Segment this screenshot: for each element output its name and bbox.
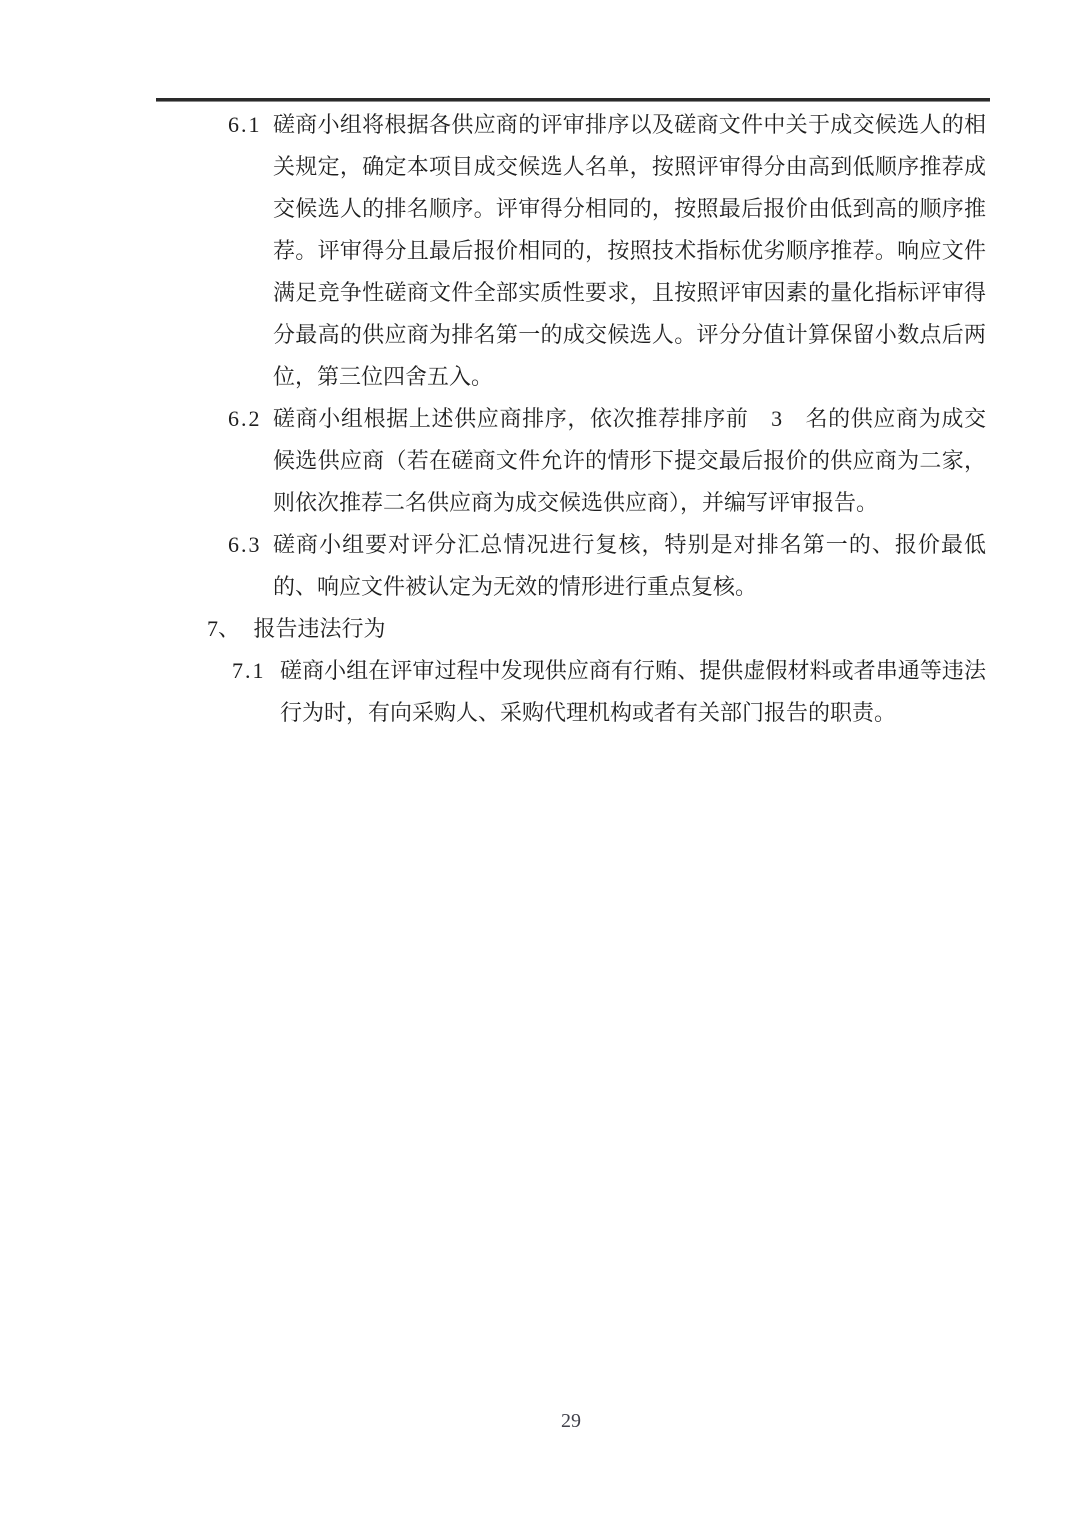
header-rule [156,98,990,102]
clause-text: 磋商小组将根据各供应商的评审排序以及磋商文件中关于成交候选人的相关规定，确定本项… [273,112,986,389]
section-title: 报告违法行为 [254,616,386,641]
clause-number: 6.2 [228,398,262,440]
clause-6-3: 6.3 磋商小组要对评分汇总情况进行复核，特别是对排名第一的、报价最低的、响应文… [156,524,986,608]
clause-6-2: 6.2 磋商小组根据上述供应商排序，依次推荐排序前 3 名的供应商为成交候选供应… [156,398,986,524]
section-number: 7、 [207,616,240,641]
clause-number: 6.1 [228,104,262,146]
document-page: 6.1 磋商小组将根据各供应商的评审排序以及磋商文件中关于成交候选人的相关规定，… [0,0,1080,1527]
page-number: 29 [156,1407,986,1435]
clause-6-1: 6.1 磋商小组将根据各供应商的评审排序以及磋商文件中关于成交候选人的相关规定，… [156,104,986,398]
section-heading-7: 7、 报告违法行为 [156,608,986,650]
document-content: 6.1 磋商小组将根据各供应商的评审排序以及磋商文件中关于成交候选人的相关规定，… [156,104,986,734]
clause-text: 磋商小组在评审过程中发现供应商有行贿、提供虚假材料或者串通等违法行为时，有向采购… [280,658,986,725]
clause-number: 6.3 [228,524,262,566]
clause-7-1: 7.1 磋商小组在评审过程中发现供应商有行贿、提供虚假材料或者串通等违法行为时，… [156,650,986,734]
clause-text: 磋商小组根据上述供应商排序，依次推荐排序前 3 名的供应商为成交候选供应商（若在… [273,406,986,515]
clause-text: 磋商小组要对评分汇总情况进行复核，特别是对排名第一的、报价最低的、响应文件被认定… [273,532,986,599]
clause-number: 7.1 [232,650,266,692]
